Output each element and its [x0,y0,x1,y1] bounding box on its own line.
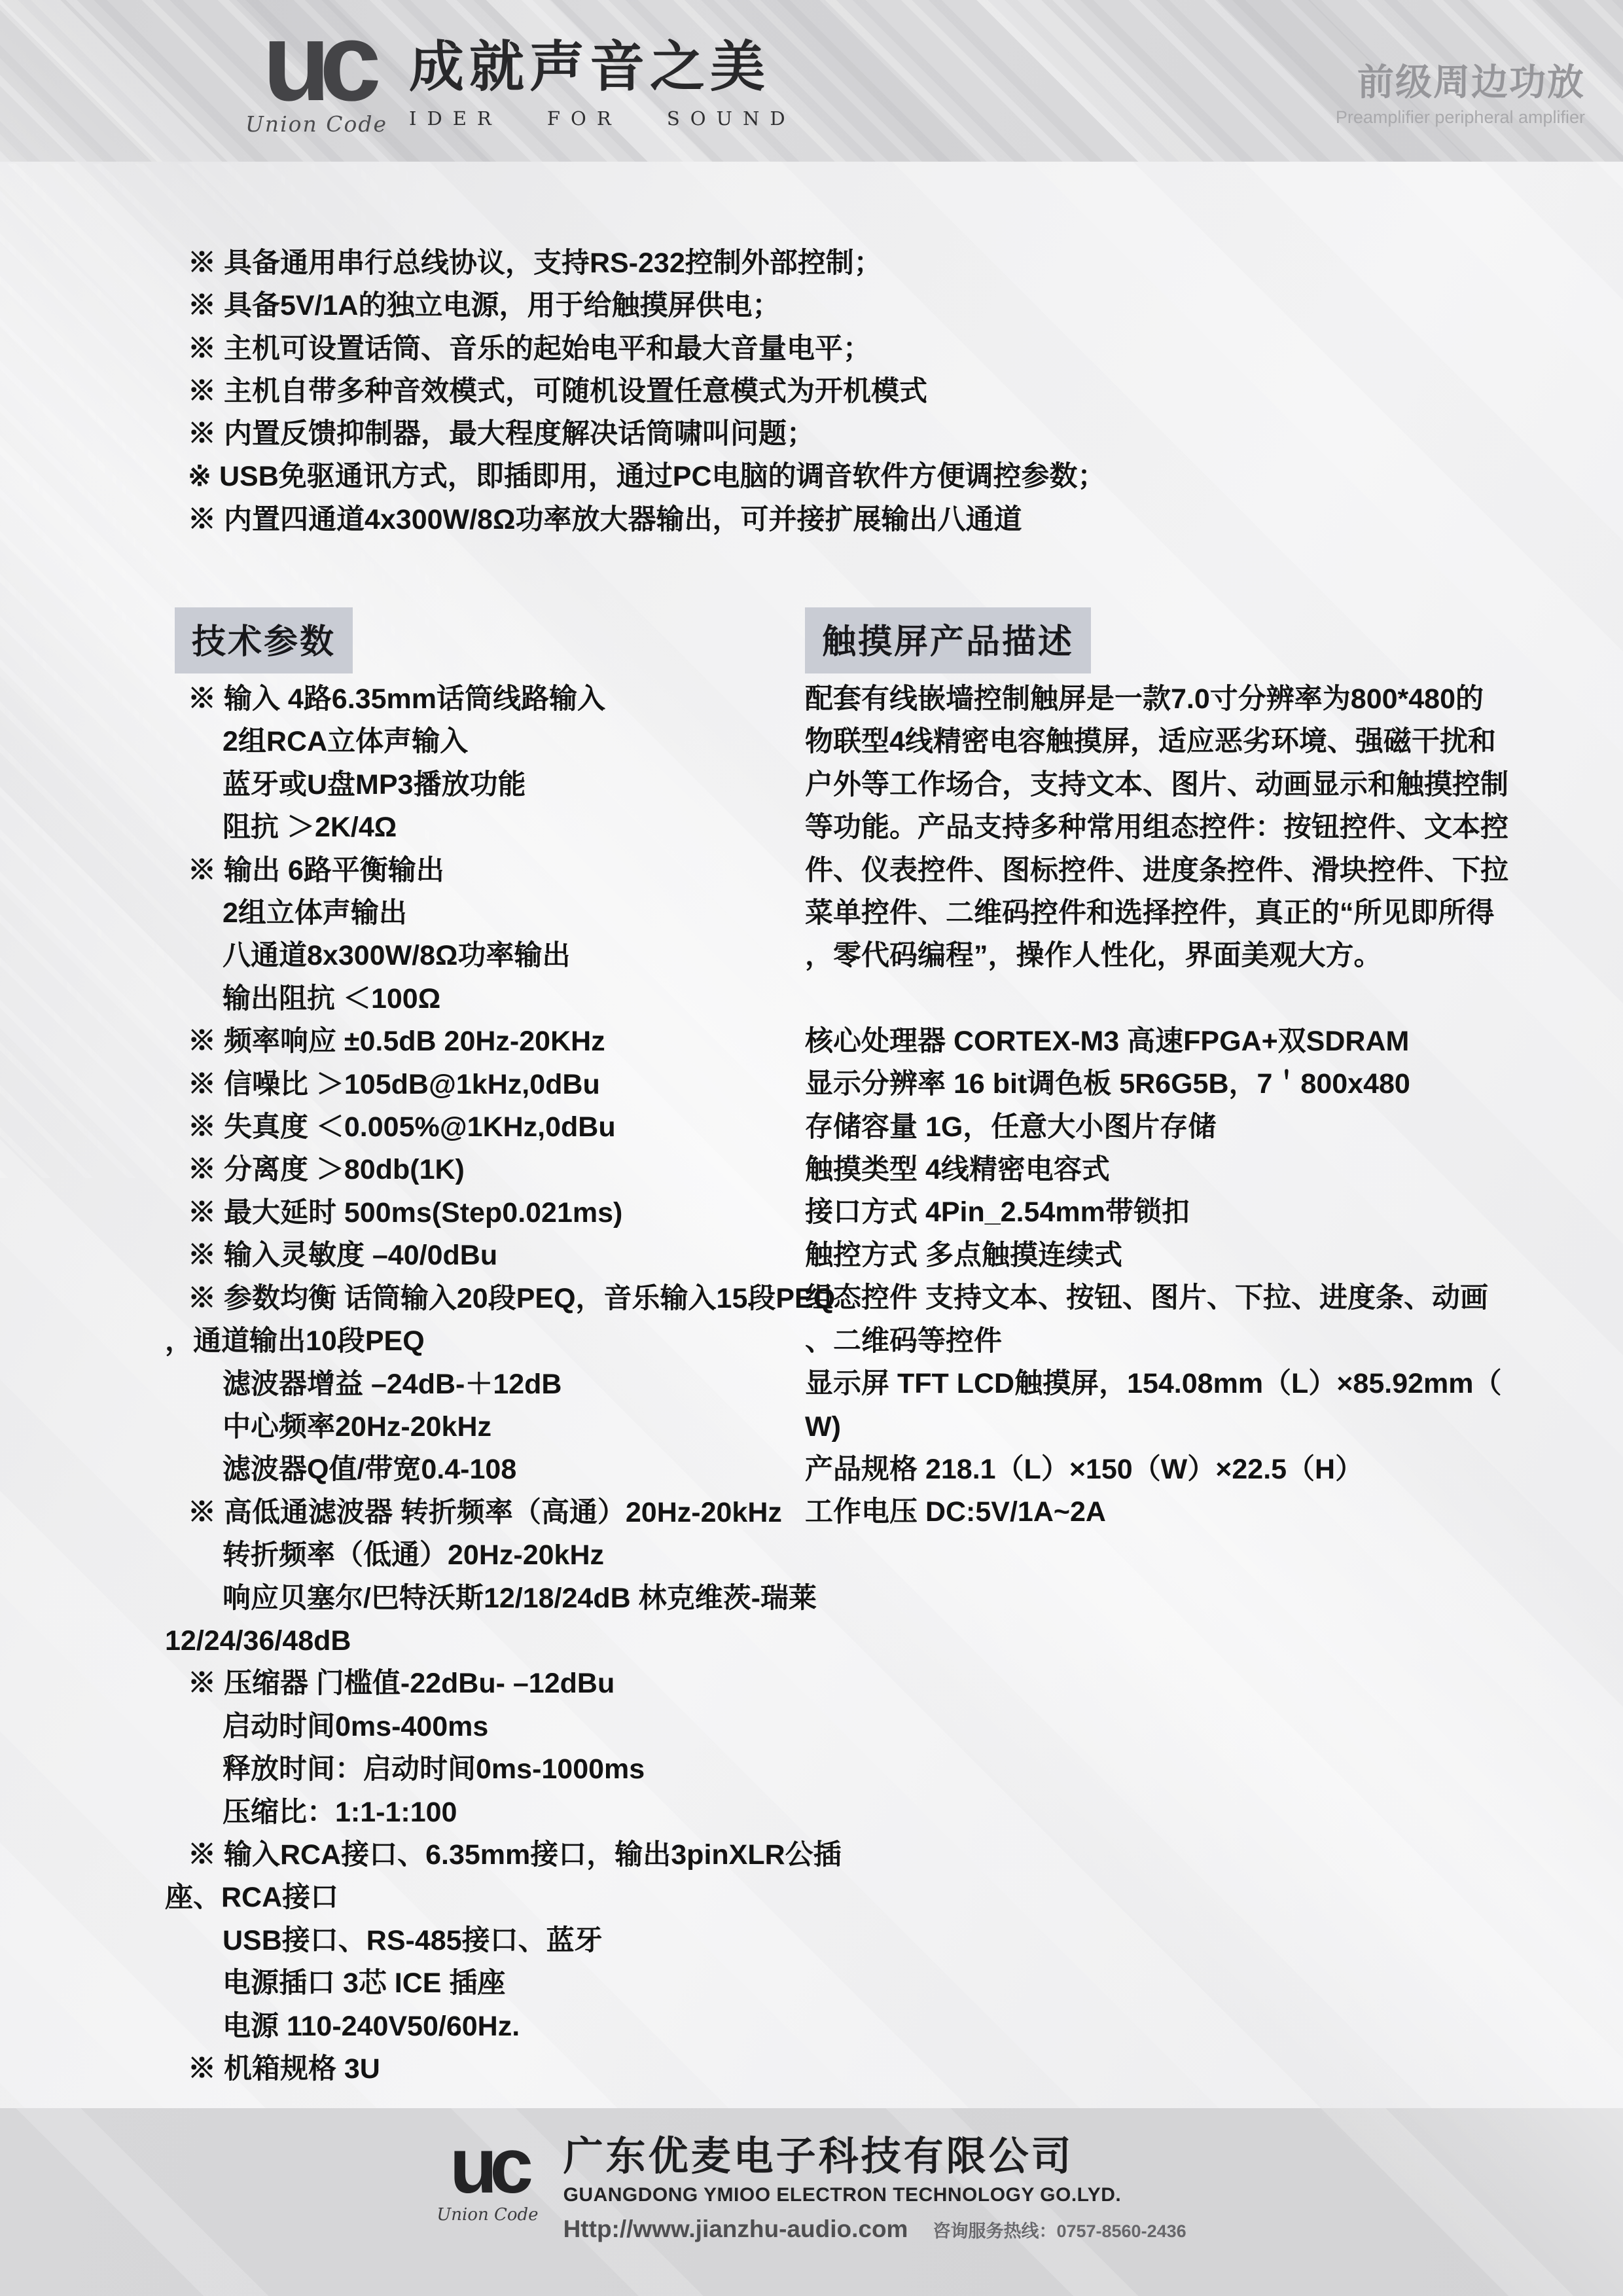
touchscreen-description-column: 配套有线嵌墙控制触屏是一款7.0寸分辨率为800*480的物联型4线精密电容触摸… [805,678,1551,1534]
tech-spec-line: ※ 分离度 ＞80db(1K) [165,1149,846,1191]
tech-spec-line: 蓝牙或U盘MP3播放功能 [165,764,846,806]
touchscreen-paragraph-line: 件、仪表控件、图标控件、进度条控件、滑块控件、下拉 [805,850,1551,892]
touchscreen-spec-line: 显示屏 TFT LCD触摸屏，154.08mm（L）×85.92mm（ [805,1363,1551,1405]
tech-spec-list: ※ 输入 4路6.35mm话筒线路输入2组RCA立体声输入蓝牙或U盘MP3播放功… [165,678,846,2090]
tech-spec-line: 压缩比：1:1-1:100 [165,1791,846,1834]
tech-spec-line: ※ 输出 6路平衡输出 [165,850,846,892]
tech-spec-line: 释放时间：启动时间0ms-1000ms [165,1748,846,1791]
tech-spec-line: 12/24/36/48dB [165,1620,846,1662]
touchscreen-spec-line: 触控方式 多点触摸连续式 [805,1234,1551,1277]
tech-spec-line: ※ 机箱规格 3U [165,2048,846,2090]
touchscreen-spec-line: 产品规格 218.1（L）×150（W）×22.5（H） [805,1448,1551,1491]
tech-spec-line: 阻抗 ＞2K/4Ω [165,806,846,849]
touchscreen-paragraph-line: 配套有线嵌墙控制触屏是一款7.0寸分辨率为800*480的 [805,678,1551,721]
touchscreen-spec-line: 工作电压 DC:5V/1A~2A [805,1491,1551,1534]
brand-logo: uc Union Code [245,20,387,137]
slogan-chinese: 成就声音之美 [409,34,796,99]
tech-spec-line: ※ 信噪比 ＞105dB@1kHz,0dBu [165,1064,846,1106]
tech-spec-line: ※ 输入 4路6.35mm话筒线路输入 [165,678,846,721]
touchscreen-spec-line: 存储容量 1G，任意大小图片存储 [805,1106,1551,1149]
tech-spec-line: 中心频率20Hz-20kHz [165,1406,846,1448]
tech-spec-line: 输出阻抗 ＜100Ω [165,978,846,1020]
datasheet-page: uc Union Code 成就声音之美 IDER FOR SOUND 前级周边… [0,0,1623,2296]
product-category: 前级周边功放 Preamplifier peripheral amplifier [1336,63,1585,128]
touchscreen-paragraph-line: 物联型4线精密电容触摸屏，适应恶劣环境、强磁干扰和 [805,721,1551,763]
tech-spec-line: 电源插口 3芯 ICE 插座 [165,1962,846,2005]
footer-company-info: 广东优麦电子科技有限公司 GUANGDONG YMIOO ELECTRON TE… [563,2134,1186,2243]
touchscreen-spec-line: 显示分辨率 16 bit调色板 5R6G5B，7＇800x480 [805,1063,1551,1105]
feature-item: ※ 具备5V/1A的独立电源，用于给触摸屏供电； [188,285,1106,327]
tech-spec-line: ※ 失真度 ＜0.005%@1KHz,0dBu [165,1106,846,1149]
tech-spec-line: ※ 频率响应 ±0.5dB 20Hz-20KHz [165,1020,846,1063]
unioncode-logo-text: Union Code [245,111,387,137]
section-heading-touchscreen: 触摸屏产品描述 [805,607,1091,673]
company-name-english: GUANGDONG YMIOO ELECTRON TECHNOLOGY GO.L… [563,2184,1186,2206]
feature-item: ※ 主机自带多种音效模式，可随机设置任意模式为开机模式 [188,370,1106,413]
feature-item: ※ USB免驱通讯方式，即插即用，通过PC电脑的调音软件方便调控参数； [188,456,1106,498]
tech-spec-line: 滤波器Q值/带宽0.4-108 [165,1448,846,1491]
footer-brand-logo: uc Union Code [437,2134,538,2225]
tech-spec-line: 电源 110-240V50/60Hz. [165,2005,846,2048]
unioncode-logo-mark: uc [245,20,387,105]
brand-slogan: 成就声音之美 IDER FOR SOUND [409,34,796,130]
tech-spec-line: ※ 输入RCA接口、6.35mm接口，输出3pinXLR公插 [165,1834,846,1876]
header-band: uc Union Code 成就声音之美 IDER FOR SOUND 前级周边… [0,0,1623,162]
touchscreen-spec-line: 核心处理器 CORTEX-M3 高速FPGA+双SDRAM [805,1020,1551,1063]
tech-spec-line: ※ 参数均衡 话筒输入20段PEQ，音乐输入15段PEQ [165,1278,846,1320]
touchscreen-spec-line: W) [805,1406,1551,1448]
feature-item: ※ 主机可设置话筒、音乐的起始电平和最大音量电平； [188,328,1106,370]
feature-item: ※ 具备通用串行总线协议，支持RS-232控制外部控制； [188,242,1106,285]
tech-spec-line: ，通道输出10段PEQ [165,1320,846,1363]
tech-spec-line: 启动时间0ms-400ms [165,1706,846,1748]
slogan-english: IDER FOR SOUND [409,107,796,130]
touchscreen-spec-line: 接口方式 4Pin_2.54mm带锁扣 [805,1191,1551,1234]
section-heading-tech-specs: 技术参数 [175,607,353,673]
footer-unioncode-logo-mark: uc [437,2134,538,2197]
touchscreen-paragraph-line: 户外等工作场合，支持文本、图片、动画显示和触摸控制 [805,764,1551,806]
touchscreen-paragraph-line: 菜单控件、二维码控件和选择控件，真正的“所见即所得 [805,892,1551,935]
tech-spec-line: USB接口、RS-485接口、蓝牙 [165,1920,846,1962]
footer-band: uc Union Code 广东优麦电子科技有限公司 GUANGDONG YMI… [0,2108,1623,2296]
service-hotline: 咨询服务热线：0757-8560-2436 [933,2217,1186,2242]
website-url: Http://www.jianzhu-audio.com [563,2215,908,2243]
tech-spec-line: 2组立体声输出 [165,892,846,935]
tech-spec-line: 滤波器增益 –24dB-＋12dB [165,1363,846,1406]
company-name-chinese: 广东优麦电子科技有限公司 [563,2134,1186,2178]
product-category-chinese: 前级周边功放 [1336,63,1585,102]
tech-spec-line: ※ 输入灵敏度 –40/0dBu [165,1234,846,1277]
tech-spec-line: 转折频率（低通）20Hz-20kHz [165,1534,846,1577]
product-category-english: Preamplifier peripheral amplifier [1336,107,1585,128]
touchscreen-spec-line: 触摸类型 4线精密电容式 [805,1149,1551,1191]
touchscreen-paragraph-line: 等功能。产品支持多种常用组态控件：按钮控件、文本控 [805,806,1551,849]
tech-spec-line: 座、RCA接口 [165,1876,846,1919]
footer-content: uc Union Code 广东优麦电子科技有限公司 GUANGDONG YMI… [0,2108,1623,2243]
footer-contact-row: Http://www.jianzhu-audio.com 咨询服务热线：0757… [563,2215,1186,2243]
footer-unioncode-logo-text: Union Code [437,2205,538,2225]
touchscreen-spec-line: 组态控件 支持文本、按钮、图片、下拉、进度条、动画 [805,1277,1551,1319]
tech-spec-line: ※ 高低通滤波器 转折频率（高通）20Hz-20kHz [165,1492,846,1534]
tech-spec-line: 八通道8x300W/8Ω功率输出 [165,935,846,977]
touchscreen-paragraph-line: ，零代码编程”，操作人性化，界面美观大方。 [805,935,1551,977]
touchscreen-spec-line: 、二维码等控件 [805,1320,1551,1363]
touchscreen-spec-list: 核心处理器 CORTEX-M3 高速FPGA+双SDRAM显示分辨率 16 bi… [805,1020,1551,1534]
feature-list: ※ 具备通用串行总线协议，支持RS-232控制外部控制；※ 具备5V/1A的独立… [188,242,1106,541]
tech-spec-line: 响应贝塞尔/巴特沃斯12/18/24dB 林克维茨-瑞莱 [165,1577,846,1620]
touchscreen-paragraph: 配套有线嵌墙控制触屏是一款7.0寸分辨率为800*480的物联型4线精密电容触摸… [805,678,1551,978]
tech-spec-line: 2组RCA立体声输入 [165,721,846,763]
feature-item: ※ 内置四通道4x300W/8Ω功率放大器输出，可并接扩展输出八通道 [188,499,1106,541]
tech-spec-line: ※ 压缩器 门槛值-22dBu- –12dBu [165,1662,846,1705]
feature-item: ※ 内置反馈抑制器，最大程度解决话筒啸叫问题； [188,413,1106,456]
tech-spec-line: ※ 最大延时 500ms(Step0.021ms) [165,1192,846,1234]
